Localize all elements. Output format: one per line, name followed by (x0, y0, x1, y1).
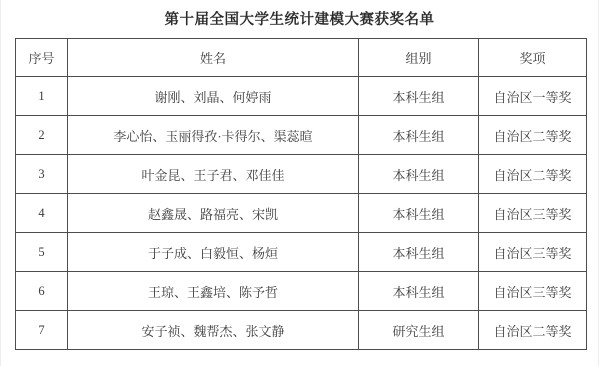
cell-team-names: 王琼、王鑫培、陈予哲 (68, 272, 359, 311)
cell-group: 本科生组 (359, 272, 479, 311)
cell-award: 自治区二等奖 (479, 311, 587, 350)
table-row: 6 王琼、王鑫培、陈予哲 本科生组 自治区三等奖 (16, 272, 587, 311)
table-row: 1 谢刚、刘晶、何婷雨 本科生组 自治区一等奖 (16, 77, 587, 116)
cell-award: 自治区二等奖 (479, 116, 587, 155)
document-page: 第十届全国大学生统计建模大赛获奖名单 序号 姓名 组别 奖项 1 谢刚、刘晶、何… (0, 0, 599, 366)
table-row: 4 赵鑫晟、路福亮、宋凯 本科生组 自治区三等奖 (16, 194, 587, 233)
cell-group: 本科生组 (359, 233, 479, 272)
column-header-group: 组别 (359, 39, 479, 77)
column-header-no: 序号 (16, 39, 68, 77)
cell-award: 自治区一等奖 (479, 77, 587, 116)
cell-serial-number: 4 (16, 194, 68, 233)
cell-group: 本科生组 (359, 194, 479, 233)
table-row: 5 于子成、白毅恒、杨烜 本科生组 自治区三等奖 (16, 233, 587, 272)
table-row: 3 叶金昆、王子君、邓佳佳 本科生组 自治区二等奖 (16, 155, 587, 194)
cell-team-names: 谢刚、刘晶、何婷雨 (68, 77, 359, 116)
cell-serial-number: 6 (16, 272, 68, 311)
cell-serial-number: 5 (16, 233, 68, 272)
table-row: 7 安子祯、魏帮杰、张文静 研究生组 自治区二等奖 (16, 311, 587, 350)
column-header-award: 奖项 (479, 39, 587, 77)
cell-team-names: 安子祯、魏帮杰、张文静 (68, 311, 359, 350)
table-header-row: 序号 姓名 组别 奖项 (16, 39, 587, 77)
cell-group: 本科生组 (359, 77, 479, 116)
column-header-names: 姓名 (68, 39, 359, 77)
cell-team-names: 赵鑫晟、路福亮、宋凯 (68, 194, 359, 233)
cell-serial-number: 1 (16, 77, 68, 116)
table-row: 2 李心怡、玉丽得孜·卡得尔、渠蕊暄 本科生组 自治区二等奖 (16, 116, 587, 155)
cell-serial-number: 7 (16, 311, 68, 350)
cell-award: 自治区二等奖 (479, 155, 587, 194)
cell-serial-number: 3 (16, 155, 68, 194)
award-table: 序号 姓名 组别 奖项 1 谢刚、刘晶、何婷雨 本科生组 自治区一等奖 2 李心… (15, 38, 587, 350)
cell-team-names: 李心怡、玉丽得孜·卡得尔、渠蕊暄 (68, 116, 359, 155)
table-body: 1 谢刚、刘晶、何婷雨 本科生组 自治区一等奖 2 李心怡、玉丽得孜·卡得尔、渠… (16, 77, 587, 350)
cell-award: 自治区三等奖 (479, 233, 587, 272)
cell-group: 本科生组 (359, 116, 479, 155)
cell-team-names: 叶金昆、王子君、邓佳佳 (68, 155, 359, 194)
cell-award: 自治区三等奖 (479, 272, 587, 311)
page-title: 第十届全国大学生统计建模大赛获奖名单 (1, 0, 598, 29)
cell-team-names: 于子成、白毅恒、杨烜 (68, 233, 359, 272)
cell-award: 自治区三等奖 (479, 194, 587, 233)
cell-group: 研究生组 (359, 311, 479, 350)
cell-group: 本科生组 (359, 155, 479, 194)
cell-serial-number: 2 (16, 116, 68, 155)
